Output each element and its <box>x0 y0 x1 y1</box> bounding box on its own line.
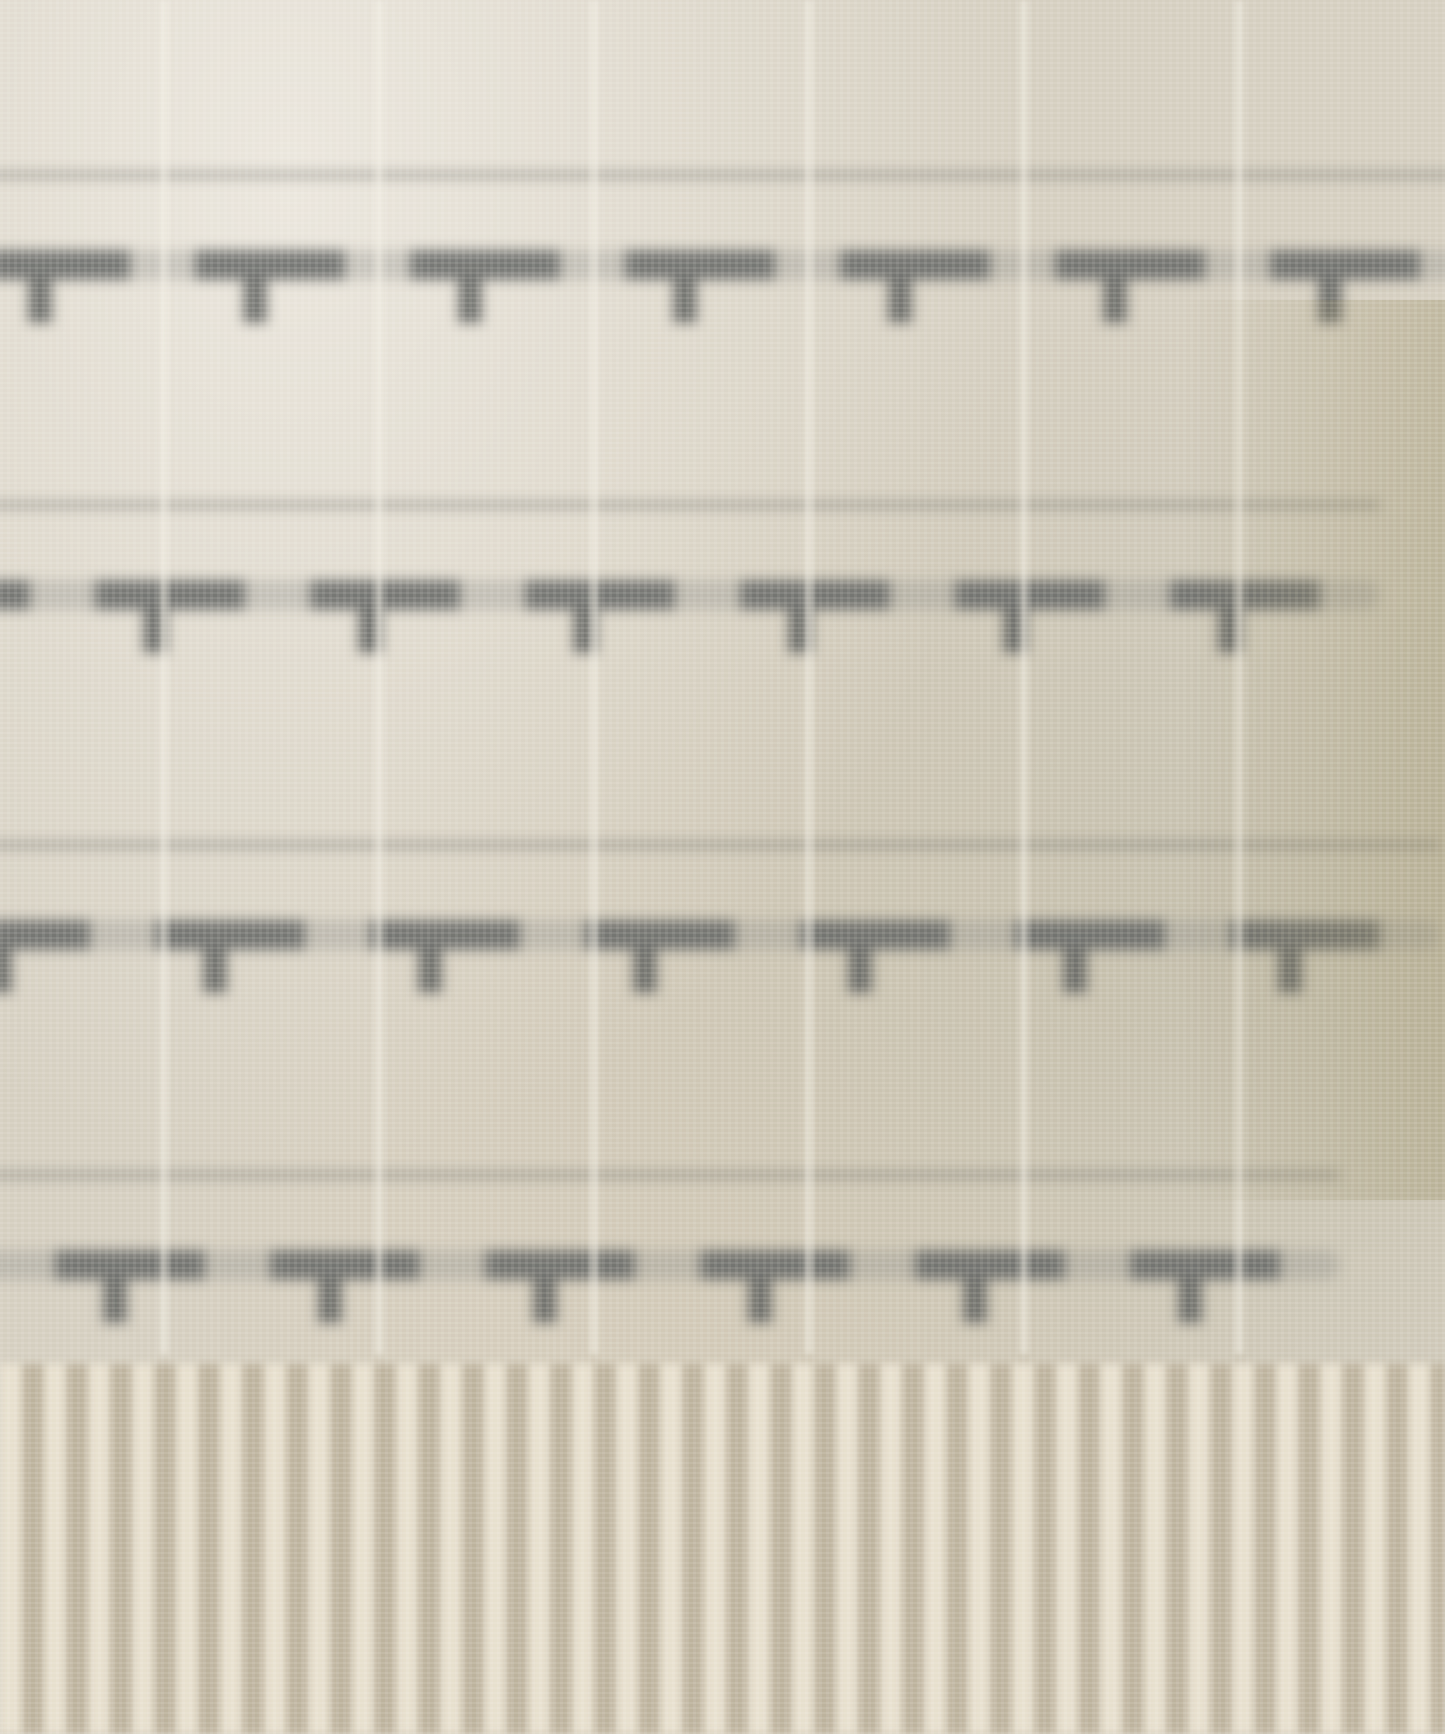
fabric-photo <box>0 0 1445 1734</box>
fiber-texture <box>0 0 1445 1734</box>
